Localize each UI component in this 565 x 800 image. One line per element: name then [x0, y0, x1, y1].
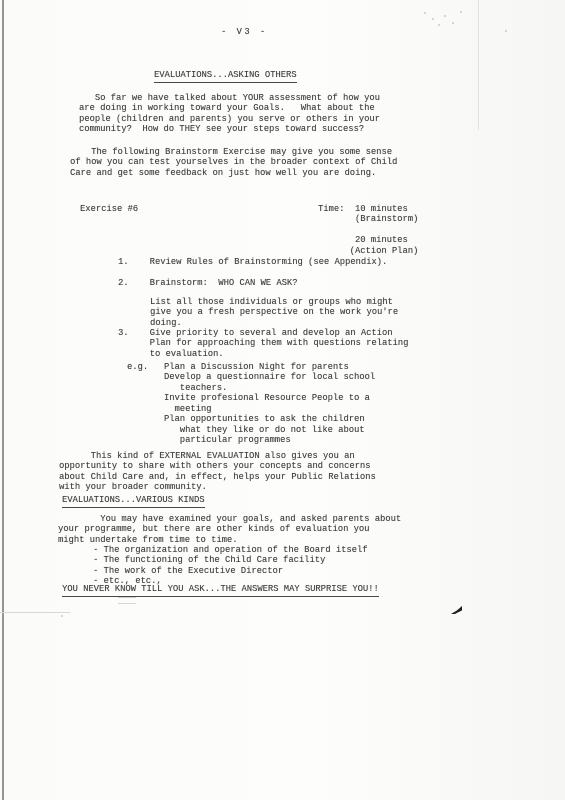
examples-block: e.g. Plan a Discussion Night for parents… [127, 362, 375, 446]
brainstorm-paragraph: The following Brainstorm Exercise may gi… [70, 147, 397, 178]
scan-speck [61, 615, 63, 617]
evaluation-kinds-list: - The organization and operation of the … [93, 545, 368, 587]
scan-left-edge-line [2, 0, 4, 800]
closing-line: YOU NEVER KNOW TILL YOU ASK...THE ANSWER… [62, 584, 379, 597]
step-3: 3. Give priority to several and develop … [118, 328, 408, 359]
scan-faint-line [0, 612, 70, 613]
scan-speck [505, 30, 507, 32]
intro-paragraph: So far we have talked about YOUR assessm… [79, 93, 380, 135]
scanned-page: - V3 - EVALUATIONS...ASKING OTHERS So fa… [0, 0, 565, 800]
exercise-label: Exercise #6 [80, 204, 138, 214]
scan-right-edge-line [478, 0, 479, 130]
scan-speck [438, 24, 440, 26]
page-number: - V3 - [221, 27, 268, 37]
section-heading-asking-others: EVALUATIONS...ASKING OTHERS [154, 70, 297, 83]
section-heading-various-kinds: EVALUATIONS...VARIOUS KINDS [62, 495, 205, 508]
scan-ink-mark [451, 606, 462, 614]
various-kinds-paragraph: You may have examined your goals, and as… [58, 514, 401, 545]
external-evaluation-paragraph: This kind of EXTERNAL EVALUATION also gi… [59, 451, 376, 493]
step-2: 2. Brainstorm: WHO CAN WE ASK? [118, 278, 298, 288]
scan-speck [452, 22, 454, 24]
scan-speck [432, 18, 434, 20]
exercise-time-block: Time: 10 minutes (Brainstorm) 20 minutes… [318, 204, 418, 256]
scan-speck [424, 12, 426, 14]
scan-smudge [118, 597, 136, 604]
scan-speck [444, 15, 446, 17]
scan-speck [460, 11, 462, 13]
step-1: 1. Review Rules of Brainstorming (see Ap… [118, 257, 387, 267]
step-2-detail: List all those individuals or groups who… [150, 297, 398, 328]
